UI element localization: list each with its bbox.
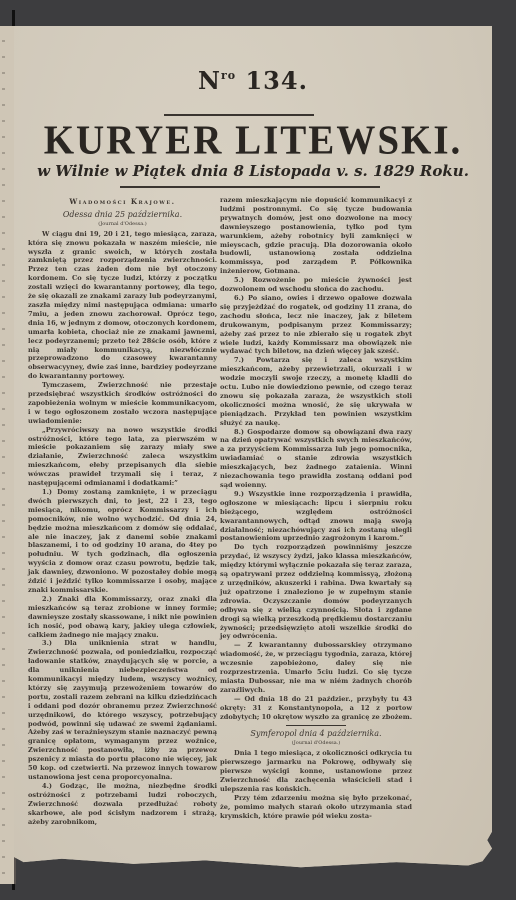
paragraph: 3.) Dla uniknienia strat w handlu, Zwier… bbox=[28, 639, 217, 782]
paragraph: Do tych rozporządzeń powinniśmy jeszcze … bbox=[220, 543, 412, 641]
paragraph: W ciągu dni 19, 20 i 21, tego miesiąca, … bbox=[28, 230, 217, 381]
paragraph: 2.) Znaki dla Kommissarzy, oraz znaki dl… bbox=[28, 595, 217, 640]
paragraph: 7.) Powtarza się i zaleca wszystkim mies… bbox=[220, 356, 412, 427]
paragraph: — Z kwarantanny dubossarskiey otrzymano … bbox=[220, 641, 412, 694]
place-date: Symferopol dnia 4 października. bbox=[220, 730, 412, 739]
paragraph: 6.) Po siano, owies i drzewo opałowe doz… bbox=[220, 294, 412, 356]
article-separator bbox=[286, 725, 346, 726]
header-rule bbox=[164, 114, 314, 116]
paragraph: Dnia 1 tego miesiąca, z okoliczności odk… bbox=[220, 749, 412, 794]
paragraph: razem mieszkającym nie dopuścić kommunik… bbox=[220, 196, 412, 276]
paragraph: Tymczasem, Zwierzchność nie przestaje pr… bbox=[28, 381, 217, 426]
issue-number: Nro 134. bbox=[14, 66, 492, 95]
newspaper-page: Nro 134. KURYER LITEWSKI. w Wilnie w Pią… bbox=[14, 26, 492, 874]
paragraph: 9.) Wszystkie inne rozporządzenia i praw… bbox=[220, 490, 412, 543]
dateline: w Wilnie w Piątek dnia 8 Listopada v. s.… bbox=[14, 162, 492, 180]
previous-page-edge bbox=[0, 26, 16, 884]
paragraph: — Od dnia 18 do 21 paździer., przybyły t… bbox=[220, 695, 412, 722]
section-heading: Wiadomości Krajowe. bbox=[28, 198, 217, 207]
paragraph: 1.) Domy zostaną zamknięte, i w przeciąg… bbox=[28, 488, 217, 595]
header-rule-bottom bbox=[120, 186, 380, 188]
paragraph: Przy tém zdarzeniu można się było przeko… bbox=[220, 794, 412, 821]
source-note: (Journal d'Odessa.) bbox=[220, 739, 412, 748]
masthead-title: KURYER LITEWSKI. bbox=[14, 117, 492, 164]
paragraph: „Przywróciwszy na nowo wszystkie środki … bbox=[28, 426, 217, 488]
paragraph: 5.) Rozwożenie po mieście żywności jest … bbox=[220, 276, 412, 294]
left-column: Wiadomości Krajowe. Odessa dnia 25 paźdz… bbox=[28, 196, 217, 826]
right-column: razem mieszkającym nie dopuścić kommunik… bbox=[220, 196, 412, 821]
source-note: (Journal d'Odessa.) bbox=[28, 220, 217, 229]
paragraph: 4.) Godząc, ile można, niezbędne środki … bbox=[28, 782, 217, 827]
paragraph: 8.) Gospodarze domow są obowiązani dwa r… bbox=[220, 428, 412, 490]
place-date: Odessa dnia 25 października. bbox=[28, 211, 217, 220]
